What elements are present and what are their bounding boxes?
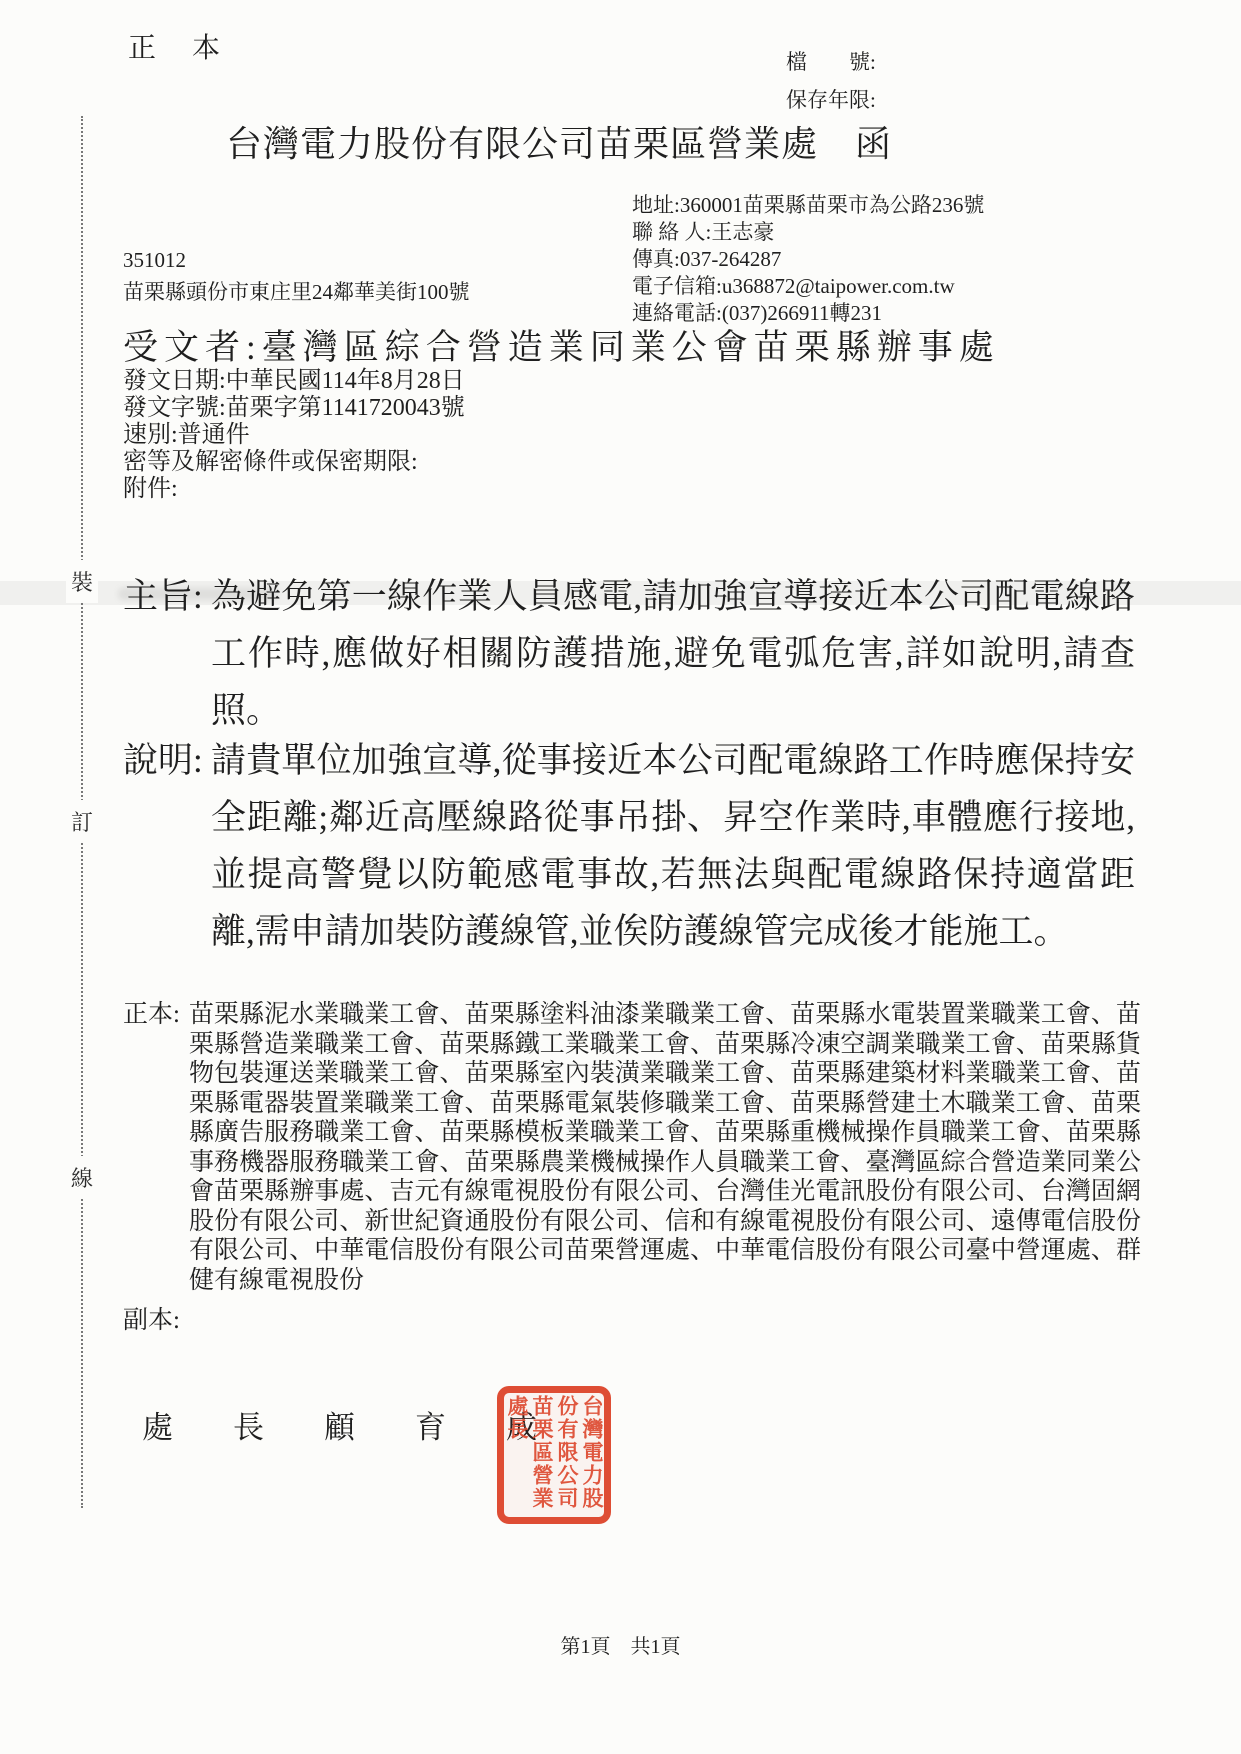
binding-mark-ding: 訂: [66, 800, 98, 843]
subject-text: 為避免第一線作業人員感電,請加強宣導接近本公司配電線路工作時,應做好相關防護措施…: [211, 568, 1135, 739]
explanation-label: 說明:: [123, 732, 211, 789]
meta-security-class: 密等及解密條件或保密期限:: [123, 449, 465, 476]
recipient-address: 苗栗縣頭份市東庄里24鄰華美街100號: [123, 276, 470, 306]
document-title: 台灣電力股份有限公司苗栗區營業處 函: [226, 116, 892, 167]
distribution-original-list: 苗栗縣泥水業職業工會、苗栗縣塗料油漆業職業工會、苗栗縣水電裝置業職業工會、苗栗縣…: [189, 1000, 1141, 1295]
meta-speed-class: 速別:普通件: [123, 422, 465, 449]
copy-type-label: 正 本: [128, 26, 224, 66]
recipient-line: 受文者:臺灣區綜合營造業同業公會苗栗縣辦事處: [123, 320, 1000, 370]
distribution-copy-label: 副本:: [123, 1300, 180, 1336]
binding-mark-xian: 線: [66, 1156, 98, 1199]
page-footer: 第1頁 共1頁: [0, 1630, 1241, 1659]
meta-issue-date: 發文日期:中華民國114年8月28日: [123, 368, 465, 395]
page: 裝 訂 線 正 本 檔 號: 保存年限: 台灣電力股份有限公司苗栗區營業處 函 …: [0, 0, 1241, 1754]
distribution-original-section: 正本: 苗栗縣泥水業職業工會、苗栗縣塗料油漆業職業工會、苗栗縣水電裝置業職業工會…: [123, 1000, 1141, 1295]
recipient-postal-code: 351012: [123, 248, 186, 273]
distribution-original-label: 正本:: [123, 1000, 189, 1030]
subject-label: 主旨:: [123, 568, 211, 625]
meta-block: 發文日期:中華民國114年8月28日 發文字號:苗栗字第1141720043號 …: [123, 368, 465, 503]
sender-contact: 聯 絡 人:王志豪: [632, 219, 984, 246]
sender-address: 地址:360001苗栗縣苗栗市為公路236號: [632, 192, 984, 219]
file-number-label: 檔 號:: [786, 46, 876, 76]
sender-fax: 傳真:037-264287: [632, 246, 984, 273]
subject-section: 主旨: 為避免第一線作業人員感電,請加強宣導接近本公司配電線路工作時,應做好相關…: [123, 568, 1135, 739]
meta-doc-number: 發文字號:苗栗字第1141720043號: [123, 395, 465, 422]
official-seal: 台灣電力股份有限公司苗栗區營業處長: [497, 1386, 611, 1524]
explanation-section: 說明: 請貴單位加強宣導,從事接近本公司配電線路工作時應保持安全距離;鄰近高壓線…: [123, 732, 1135, 960]
retention-label: 保存年限:: [786, 84, 876, 114]
sender-info-block: 地址:360001苗栗縣苗栗市為公路236號 聯 絡 人:王志豪 傳真:037-…: [632, 192, 984, 327]
seal-text: 台灣電力股份有限公司苗栗區營業處長: [504, 1395, 604, 1517]
explanation-text: 請貴單位加強宣導,從事接近本公司配電線路工作時應保持安全距離;鄰近高壓線路從事吊…: [211, 732, 1135, 960]
meta-attachment: 附件:: [123, 476, 465, 503]
sender-email: 電子信箱:u368872@taipower.com.tw: [632, 273, 984, 300]
binding-mark-zhuang: 裝: [66, 560, 98, 603]
